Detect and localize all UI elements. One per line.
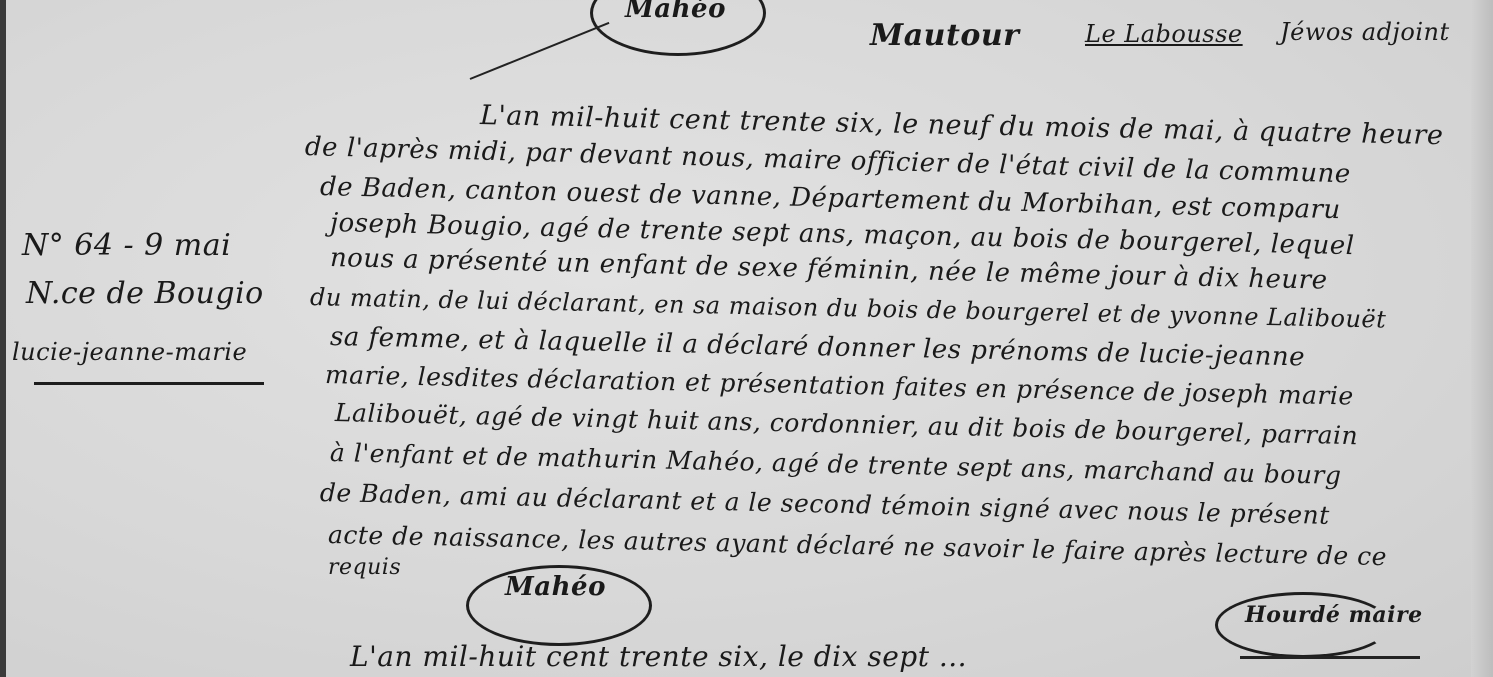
flourish-stroke — [470, 22, 610, 80]
mayor-signature: Hourdé maire — [1245, 602, 1423, 628]
header-signature-labousse: Le Labousse — [1085, 20, 1243, 48]
header-signature-maheo: Mahéo — [625, 0, 726, 24]
margin-underline — [34, 382, 264, 385]
page-right-border — [1471, 0, 1493, 677]
scanned-register-page: Mahéo Mautour Le Labousse Jéwos adjoint … — [0, 0, 1493, 677]
witness-signature-maheo: Mahéo — [505, 572, 606, 602]
page-left-border — [0, 0, 6, 677]
mayor-underline-stroke — [1240, 656, 1420, 659]
margin-record-name: N.ce de Bougio — [26, 276, 264, 311]
header-signature-mautour: Mautour — [870, 18, 1019, 53]
body-line-13: requis — [328, 555, 401, 580]
header-signature-adjoint: Jéwos adjoint — [1280, 18, 1450, 46]
margin-child-names: lucie-jeanne-marie — [12, 338, 247, 366]
next-record-start: L'an mil-huit cent trente six, le dix se… — [350, 640, 967, 673]
margin-record-number: N° 64 - 9 mai — [22, 228, 231, 263]
body-line-12: acte de naissance, les autres ayant décl… — [328, 520, 1388, 571]
